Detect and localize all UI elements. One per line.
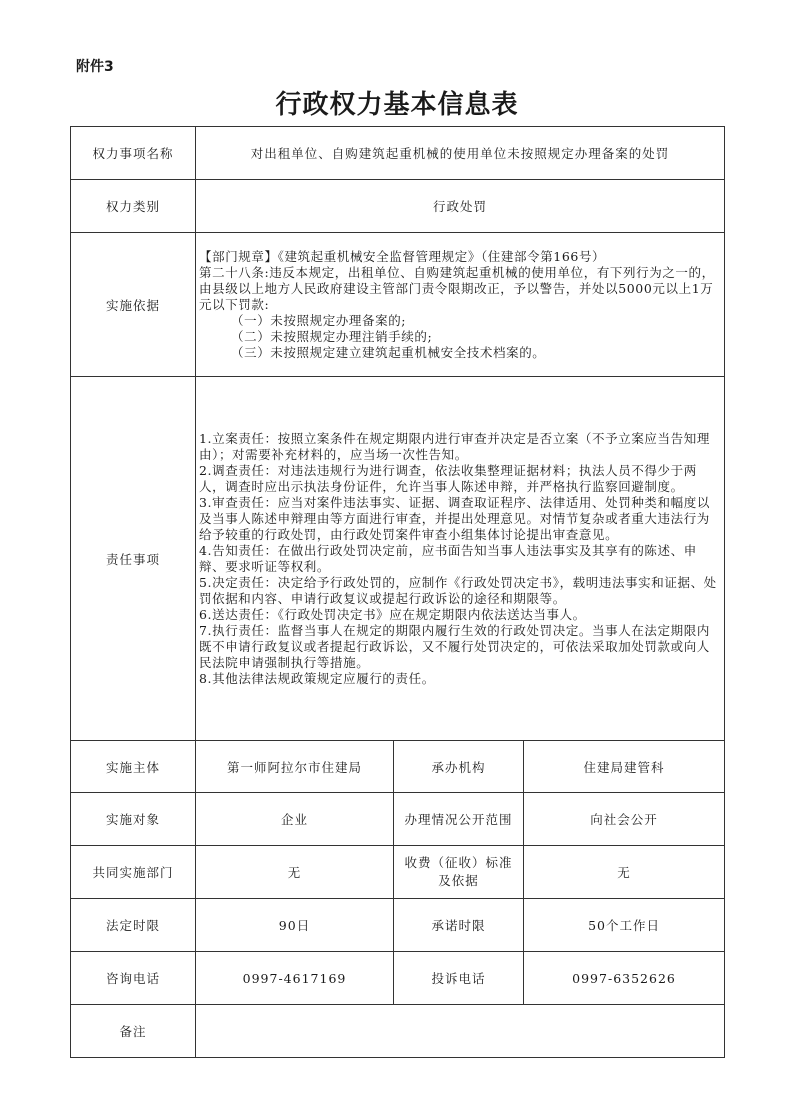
row-category: 权力类别 行政处罚 — [71, 180, 725, 233]
value-target: 企业 — [196, 793, 394, 846]
value-remark — [196, 1005, 725, 1058]
label-target: 实施对象 — [71, 793, 196, 846]
basis-item: （二）未按照规定办理注销手续的; — [199, 329, 721, 345]
row-phone: 咨询电话 0997-4617169 投诉电话 0997-6352626 — [71, 952, 725, 1005]
label-basis: 实施依据 — [71, 233, 196, 377]
responsibility-item: 5.决定责任：决定给予行政处罚的，应制作《行政处罚决定书》，载明违法事实和证据、… — [199, 575, 721, 607]
label-responsibility: 责任事项 — [71, 377, 196, 741]
basis-item: （三）未按照规定建立建筑起重机械安全技术档案的。 — [199, 345, 721, 361]
row-joint: 共同实施部门 无 收费（征收）标准及依据 无 — [71, 846, 725, 899]
label-disclosure: 办理情况公开范围 — [394, 793, 524, 846]
responsibility-item: 7.执行责任：监督当事人在规定的期限内履行生效的行政处罚决定。当事人在法定期限内… — [199, 623, 721, 671]
label-fee: 收费（征收）标准及依据 — [394, 846, 524, 899]
label-remark: 备注 — [71, 1005, 196, 1058]
label-joint: 共同实施部门 — [71, 846, 196, 899]
page-title: 行政权力基本信息表 — [0, 84, 794, 121]
label-complaint-phone: 投诉电话 — [394, 952, 524, 1005]
info-table: 权力事项名称 对出租单位、自购建筑起重机械的使用单位未按照规定办理备案的处罚 权… — [70, 126, 725, 1058]
label-consult-phone: 咨询电话 — [71, 952, 196, 1005]
value-legal-time: 90日 — [196, 899, 394, 952]
basis-item: （一）未按照规定办理备案的; — [199, 313, 721, 329]
row-responsibility: 责任事项 1.立案责任：按照立案条件在规定期限内进行审查并决定是否立案（不予立案… — [71, 377, 725, 741]
label-category: 权力类别 — [71, 180, 196, 233]
attachment-label: 附件3 — [76, 56, 114, 76]
label-subject: 实施主体 — [71, 741, 196, 793]
responsibility-item: 8.其他法律法规政策规定应履行的责任。 — [199, 671, 721, 687]
label-name: 权力事项名称 — [71, 127, 196, 180]
responsibility-item: 2.调查责任：对违法违规行为进行调查，依法收集整理证据材料；执法人员不得少于两人… — [199, 463, 721, 495]
row-target: 实施对象 企业 办理情况公开范围 向社会公开 — [71, 793, 725, 846]
value-basis: 【部门规章】《建筑起重机械安全监督管理规定》（住建部令第166号） 第二十八条:… — [196, 233, 725, 377]
value-disclosure: 向社会公开 — [524, 793, 725, 846]
value-subject: 第一师阿拉尔市住建局 — [196, 741, 394, 793]
label-handler: 承办机构 — [394, 741, 524, 793]
row-subject: 实施主体 第一师阿拉尔市住建局 承办机构 住建局建管科 — [71, 741, 725, 793]
label-promise-time: 承诺时限 — [394, 899, 524, 952]
row-name: 权力事项名称 对出租单位、自购建筑起重机械的使用单位未按照规定办理备案的处罚 — [71, 127, 725, 180]
row-time: 法定时限 90日 承诺时限 50个工作日 — [71, 899, 725, 952]
value-fee: 无 — [524, 846, 725, 899]
row-basis: 实施依据 【部门规章】《建筑起重机械安全监督管理规定》（住建部令第166号） 第… — [71, 233, 725, 377]
value-joint: 无 — [196, 846, 394, 899]
row-remark: 备注 — [71, 1005, 725, 1058]
value-complaint-phone: 0997-6352626 — [524, 952, 725, 1005]
value-category: 行政处罚 — [196, 180, 725, 233]
responsibility-item: 1.立案责任：按照立案条件在规定期限内进行审查并决定是否立案（不予立案应当告知理… — [199, 431, 721, 463]
value-promise-time: 50个工作日 — [524, 899, 725, 952]
basis-line: 第二十八条:违反本规定，出租单位、自购建筑起重机械的使用单位，有下列行为之一的，… — [199, 265, 721, 313]
value-responsibility: 1.立案责任：按照立案条件在规定期限内进行审查并决定是否立案（不予立案应当告知理… — [196, 377, 725, 741]
label-legal-time: 法定时限 — [71, 899, 196, 952]
responsibility-item: 6.送达责任：《行政处罚决定书》应在规定期限内依法送达当事人。 — [199, 607, 721, 623]
responsibility-item: 3.审查责任：应当对案件违法事实、证据、调查取证程序、法律适用、处罚种类和幅度以… — [199, 495, 721, 543]
basis-line: 【部门规章】《建筑起重机械安全监督管理规定》（住建部令第166号） — [199, 249, 721, 265]
value-handler: 住建局建管科 — [524, 741, 725, 793]
value-name: 对出租单位、自购建筑起重机械的使用单位未按照规定办理备案的处罚 — [196, 127, 725, 180]
value-consult-phone: 0997-4617169 — [196, 952, 394, 1005]
responsibility-item: 4.告知责任：在做出行政处罚决定前，应书面告知当事人违法事实及其享有的陈述、申辩… — [199, 543, 721, 575]
